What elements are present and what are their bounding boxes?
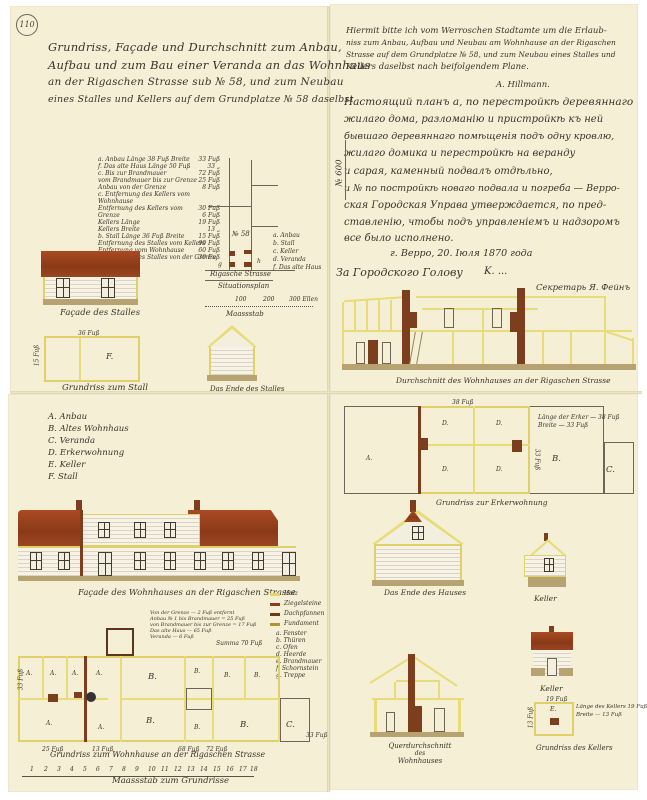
facade-caption: Façade des Wohnhauses an der Rigaschen S…: [78, 588, 296, 598]
street-label: Rigasche Strasse: [210, 270, 271, 278]
legend-item: f. Das alte Haus: [273, 264, 321, 272]
section-caption: Durchschnitt des Wohnhauses an der Rigas…: [396, 376, 611, 385]
measurement-row: Anbau von der Grenze8 Fuß: [98, 184, 220, 191]
door: [434, 708, 445, 732]
site-mark-h: h: [257, 258, 261, 265]
legend-row: A. Anbau: [48, 412, 129, 424]
ladder: [409, 332, 423, 364]
stove: [410, 312, 417, 328]
measurement-row: Entfernung des Kellers vom30 Fuß: [98, 205, 220, 212]
title-line: Grundriss, Façade und Durchschnitt zum A…: [48, 40, 342, 54]
measurement-row: vom Brandmauer bis zur Grenze25 Fuß: [98, 177, 220, 184]
legend-row: F. Stall: [48, 472, 129, 484]
chimney: [402, 290, 410, 364]
measurement-row: c. Entfernung des Kellers vom: [98, 191, 220, 198]
page-number: 110: [16, 14, 38, 36]
stall-roof: [41, 251, 140, 277]
cross-section: [370, 656, 464, 738]
measurement-row: f. Das alte Haus Länge 50 Fuß33 „: [98, 163, 220, 170]
erker-top-dimension: 38 Fuß: [452, 399, 474, 406]
stove: [418, 438, 428, 450]
door: [356, 342, 365, 364]
title-line: eines Stalles und Kellers auf dem Grundp…: [48, 94, 354, 105]
stove: [415, 706, 422, 732]
stall-foundation: [43, 299, 138, 305]
porch: [106, 628, 134, 656]
longitudinal-section: [342, 288, 638, 370]
chimney: [194, 500, 200, 510]
front-door: [98, 552, 112, 576]
stove: [368, 340, 378, 364]
stove: [74, 692, 82, 698]
stall-end: [207, 325, 257, 383]
tile-swatch: [270, 613, 280, 616]
door: [386, 712, 395, 732]
street-line: [205, 280, 273, 281]
measurement-row: Entfernung des Stalles vom Kellers90 Fuß: [98, 240, 220, 247]
measurement-row: a. Anbau Länge 38 Fuß Breite33 Fuß: [98, 156, 220, 163]
mayor-signature: K. ...: [484, 266, 507, 277]
chimney: [76, 500, 82, 510]
chimney: [408, 654, 415, 732]
building-legend: A. Anbau B. Altes Wohnhaus C. Veranda D.…: [48, 412, 129, 484]
brick-swatch: [270, 603, 280, 606]
stall-plan-side-dimension: 15 Fuß: [33, 345, 40, 367]
door: [492, 308, 502, 328]
site-mark-g: g: [218, 261, 222, 268]
stall-end-wall: [209, 347, 255, 375]
keller-side-dimension: 13 Fuß: [527, 707, 534, 729]
stall-facade-caption: Façade des Stalles: [60, 308, 140, 318]
measurement-row: Grenze6 Fuß: [98, 212, 220, 219]
main-roof-right: [188, 510, 278, 546]
vertical-fold: [327, 6, 330, 792]
stall-plan: F.: [44, 336, 140, 382]
cross-section-caption: Querdurchschnitt des Wohnhauses: [380, 742, 460, 765]
title-line: Aufbau und zum Bau einer Veranda an das …: [48, 58, 371, 72]
scale-caption: Maassstab zum Grundrisse: [112, 776, 229, 786]
stall-facade: [41, 251, 140, 307]
site-plan-caption: Situationsplan: [218, 282, 269, 290]
measurements-list: a. Anbau Länge 38 Fuß Breite33 Fuß f. Da…: [98, 156, 220, 261]
legend-row: C. Veranda: [48, 436, 129, 448]
chimney-round: [86, 692, 96, 702]
measurement-row: Kellers Länge19 Fuß: [98, 219, 220, 226]
measurement-row: c. Bis zur Brandmauer72 Fuß: [98, 170, 220, 177]
legend-item: a. Anbau: [273, 232, 321, 240]
plot-number: № 58: [232, 230, 250, 238]
legend-row: B. Altes Wohnhaus: [48, 424, 129, 436]
keller-notes: Länge des Kellers 19 Fuß Breite — 13 Fuß: [576, 704, 647, 720]
mayor-line: За Городского Голову: [336, 266, 463, 279]
main-roof-left: [18, 510, 80, 546]
measurement-row: Kellers Breite13 „: [98, 226, 220, 233]
site-scale-caption: Maassstab: [226, 310, 264, 318]
stall-partition: [79, 338, 81, 380]
legend-row: E. Keller: [48, 460, 129, 472]
german-signature: A. Hillmann.: [496, 80, 550, 90]
title-line: an der Rigaschen Strasse sub № 58, und z…: [48, 76, 344, 88]
stove: [512, 440, 522, 452]
margin-rule: [345, 140, 346, 200]
legend-item: d. Veranda: [273, 256, 321, 264]
site-scale-bar: 100 200 300 Ellen: [205, 296, 313, 307]
keller-front: [531, 626, 573, 682]
main-foundation: [18, 576, 300, 581]
measurement-row: b. Stall Länge 36 Fuß Breite15 Fuß: [98, 233, 220, 240]
legend-item: b. Stall: [273, 240, 321, 248]
building-d: [244, 262, 252, 267]
site-line: [251, 185, 278, 186]
site-line: [251, 226, 278, 227]
keller-plan-caption: Grundriss des Kellers: [536, 744, 613, 752]
legend-row: D. Erkerwohnung: [48, 448, 129, 460]
erker-firewall: [418, 406, 421, 494]
main-floor-plan: A. A. A. A. A. A. B. B. B. B. B. B. B. C…: [18, 620, 318, 746]
door: [444, 308, 454, 328]
wood-swatch: [270, 593, 280, 596]
central-hearth: [186, 688, 212, 710]
stall-door: [101, 278, 115, 298]
house-end: [372, 500, 464, 588]
stove: [510, 312, 517, 332]
house-end-wall: [374, 544, 462, 580]
stall-door: [56, 278, 70, 298]
keller-front-caption: Keller: [540, 684, 563, 693]
legend-item: c. Keller: [273, 248, 321, 256]
house-end-caption: Das Ende des Hauses: [384, 588, 466, 597]
stall-end-caption: Das Ende des Stalles: [210, 385, 285, 393]
building-a: [229, 251, 235, 256]
chimney: [517, 288, 525, 364]
main-facade: [18, 500, 302, 582]
keller-plan: E.: [534, 702, 574, 736]
keller-door: [547, 658, 557, 676]
keller-side-caption: Keller: [534, 594, 557, 603]
measurement-row: Wohnhause: [98, 198, 220, 205]
stove: [48, 694, 58, 702]
plan-caption: Grundriss zum Wohnhause an der Rigaschen…: [50, 750, 265, 759]
building-c: [229, 262, 235, 267]
site-line: [208, 206, 252, 207]
veranda-door: [282, 552, 296, 576]
door: [382, 342, 391, 364]
margin-note: № 600: [334, 160, 344, 187]
keller-side: [524, 533, 568, 593]
stall-plan-caption: Grundriss zum Stall: [62, 383, 148, 393]
building-b: [244, 250, 252, 254]
erker-notes: Länge der Erker — 38 Fuß Breite — 33 Fuß: [538, 414, 620, 430]
erker-side-dimension: 33 Fuß: [533, 449, 540, 471]
section-floor: [342, 364, 636, 370]
stall-room-label: F.: [106, 352, 113, 362]
site-legend: a. Anbau b. Stall c. Keller d. Veranda f…: [273, 232, 321, 272]
